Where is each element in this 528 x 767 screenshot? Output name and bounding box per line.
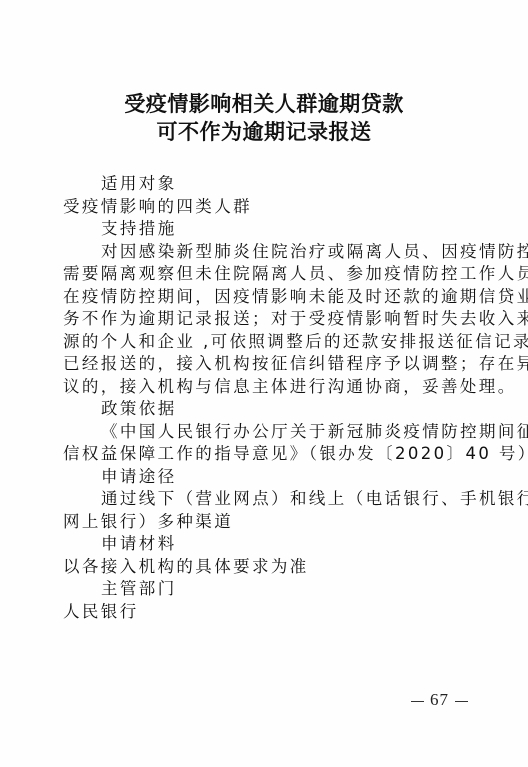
page-number: 67 [405,690,474,710]
document-title-line-1: 受疫情影响相关人群逾期贷款 [0,90,528,118]
section-text-measures-line: 议的，接入机构与信息主体进行沟通协商，妥善处理。 [63,376,465,399]
section-text-authority: 人民银行 [63,601,465,624]
section-text-channels-line: 通过线下（营业网点）和线上（电话银行、手机银行、 [63,488,465,511]
section-text-materials: 以各接入机构的具体要求为准 [63,556,465,579]
section-heading-measures: 支持措施 [63,218,465,241]
section-text-target: 受疫情影响的四类人群 [63,196,465,219]
section-text-measures-line: 需要隔离观察但未住院隔离人员、参加疫情防控工作人员 [63,263,465,286]
section-text-channels-line: 网上银行）多种渠道 [63,511,465,534]
section-heading-authority: 主管部门 [63,578,465,601]
section-text-measures-line: 源的个人和企业 ,可依照调整后的还款安排报送征信记录； [63,331,465,354]
document-page: 受疫情影响相关人群逾期贷款 可不作为逾期记录报送 适用对象 受疫情影响的四类人群… [0,0,528,767]
document-title-line-2: 可不作为逾期记录报送 [0,118,528,146]
section-heading-target: 适用对象 [63,173,465,196]
section-heading-basis: 政策依据 [63,398,465,421]
section-text-basis-line: 信权益保障工作的指导意见》（银办发〔2020〕40 号） [63,443,465,466]
section-text-measures-line: 务不作为逾期记录报送；对于受疫情影响暂时失去收入来 [63,308,465,331]
section-heading-materials: 申请材料 [63,533,465,556]
page-number-dash-right [455,701,468,702]
document-body: 适用对象 受疫情影响的四类人群 支持措施 对因感染新型肺炎住院治疗或隔离人员、因… [63,173,465,623]
section-text-measures-line: 在疫情防控期间，因疫情影响未能及时还款的逾期信贷业 [63,286,465,309]
section-text-basis-line: 《中国人民银行办公厅关于新冠肺炎疫情防控期间征 [63,421,465,444]
section-text-measures-line: 已经报送的，接入机构按征信纠错程序予以调整；存在异 [63,353,465,376]
section-text-measures-line: 对因感染新型肺炎住院治疗或隔离人员、因疫情防控 [63,241,465,264]
page-number-dash-left [411,701,424,702]
page-number-value: 67 [430,690,449,709]
section-heading-channels: 申请途径 [63,466,465,489]
